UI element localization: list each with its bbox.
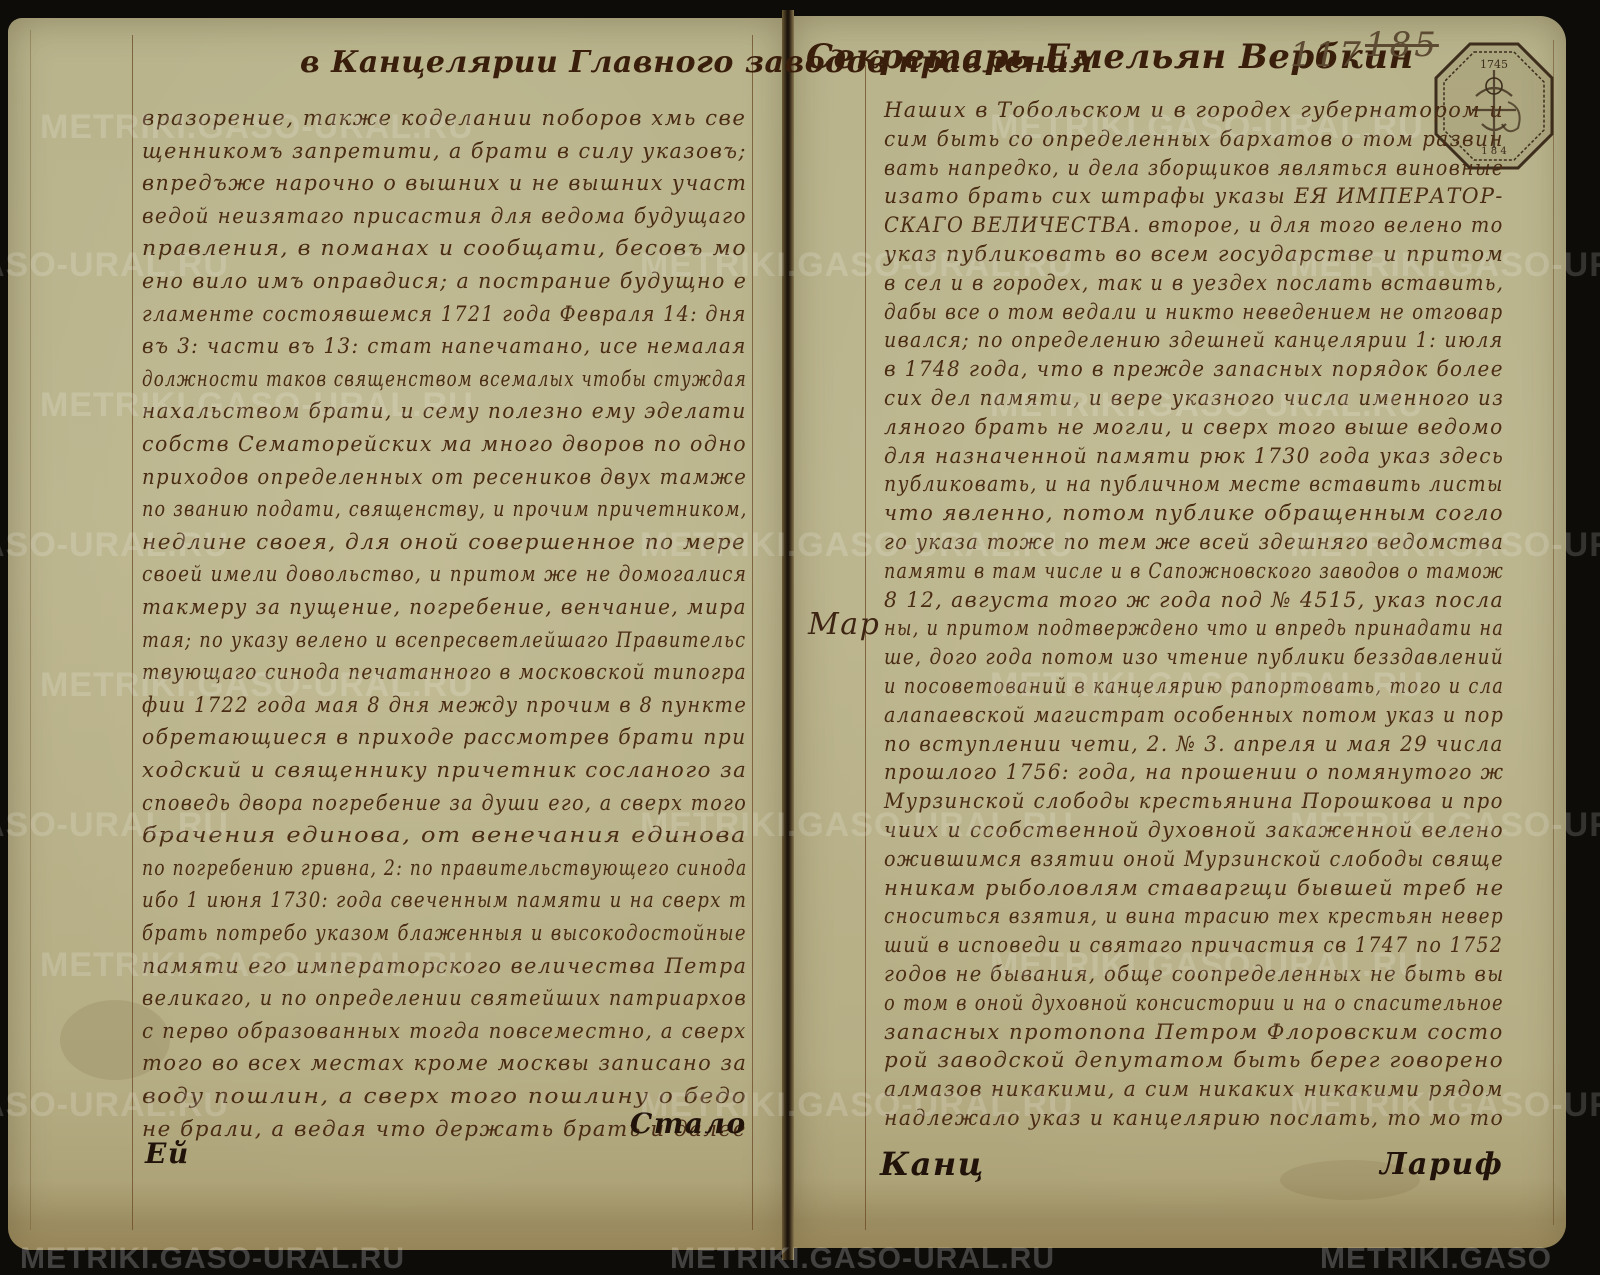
manuscript-line: годов не бывания, обще соопределенных не…: [884, 964, 1505, 985]
manuscript-line: в сел и в городех, так и в уездех послат…: [884, 273, 1504, 294]
manuscript-line: твующаго синода печатанного в московской…: [142, 662, 747, 683]
manuscript-line: чиих и ссобственной духовной закаженной …: [884, 820, 1504, 841]
margin-note: Мар: [808, 610, 880, 640]
book-spread: в Канцелярии Главного заводов правления …: [0, 0, 1600, 1275]
folio-number: 117: [1290, 38, 1364, 72]
svg-text:1745: 1745: [1480, 58, 1508, 71]
left-outer-margin-rule: [30, 30, 31, 1230]
manuscript-line: запасных протопопа Петром Флоровским сос…: [884, 1022, 1504, 1043]
manuscript-line: ибо 1 июня 1730: года свеченным памяти и…: [142, 890, 747, 911]
manuscript-line: нахальством брати, и сему полезно ему эд…: [142, 401, 747, 422]
manuscript-line: по погребению гривна, 2: по правительств…: [142, 858, 747, 879]
manuscript-line: брать потребо указом блаженныя и высокод…: [142, 923, 747, 944]
manuscript-line: вать напредко, и дела зборщиков являться…: [884, 158, 1504, 179]
manuscript-line: и посоветований в канцелярию рапортовать…: [884, 676, 1504, 697]
manuscript-line: прошлого 1756: года, на прошении о помян…: [884, 762, 1504, 783]
manuscript-line: ено вило имъ оправдися; а пострание буду…: [142, 271, 747, 292]
manuscript-line: Мурзинской слободы крестьянина Порошкова…: [884, 791, 1504, 812]
manuscript-line: такмеру за пущение, погребение, венчание…: [142, 597, 747, 618]
manuscript-line: ожившимся взятии оной Мурзинской слободы…: [884, 849, 1504, 870]
manuscript-line: СКАГО ВЕЛИЧЕСТВА. второе, и для того вел…: [884, 215, 1504, 236]
manuscript-line: ивался; по определению здешней канцеляри…: [884, 330, 1504, 351]
manuscript-line: впредъже нарочно о вышних и не вышних уч…: [142, 173, 747, 194]
manuscript-line: сноситься взятия, и вина трасию тех крес…: [884, 906, 1504, 927]
manuscript-line: нникам рыболовлям ставаргщи бывшей треб …: [884, 878, 1505, 899]
manuscript-line: о том в оной духовной консистории и на о…: [884, 993, 1504, 1014]
manuscript-line: своей имели довольство, и притом же не д…: [142, 564, 747, 585]
manuscript-line: по званию подати, священству, и прочим п…: [142, 499, 748, 520]
manuscript-line: го указа тоже по тем же всей здешняго ве…: [884, 532, 1504, 553]
manuscript-line: надлежало указ и канцелярию послать, то …: [884, 1108, 1504, 1129]
left-closing-mark: Ей: [145, 1140, 190, 1168]
manuscript-line: Наших в Тобольском и в городех губернато…: [884, 100, 1504, 121]
right-signature: Лариф: [1380, 1150, 1503, 1180]
manuscript-line: недлине своея, для оной совершенное по м…: [142, 532, 746, 553]
manuscript-line: обретающиеся в приходе рассмотрев брати …: [142, 727, 747, 748]
manuscript-line: собств Сематорейских ма много дворов по …: [142, 434, 747, 455]
manuscript-line: рой заводской депутатом быть берег говор…: [884, 1050, 1504, 1071]
manuscript-line: памяти в там числе и в Сапожновского зав…: [884, 561, 1504, 582]
manuscript-line: для назначенной памяти рюк 1730 года ука…: [884, 446, 1504, 467]
left-margin-rule: [132, 35, 133, 1230]
manuscript-line: вразорение, также коделании поборов хмь …: [142, 108, 746, 129]
folio-number-struck: 185: [1365, 28, 1439, 62]
manuscript-line: гламенте состоявшемся 1721 года Февраля …: [142, 304, 747, 325]
manuscript-line: публиковать, и на публичном месте встави…: [884, 474, 1504, 495]
manuscript-line: ведой неизятаго присастия для ведома буд…: [142, 206, 747, 227]
manuscript-line: в 1748 года, что в прежде запасных поряд…: [884, 359, 1504, 380]
manuscript-line: ходский и священнику причетник сосланого…: [142, 760, 747, 781]
right-margin-rule: [865, 65, 866, 1230]
manuscript-line: сих дел памяти, и вере указного числа им…: [884, 388, 1504, 409]
right-outer-margin-rule: [1553, 40, 1554, 1225]
manuscript-line: правления, в поманах и сообщати, бесовъ …: [142, 238, 747, 259]
manuscript-line: щенникомъ запретити, а брати в силу указ…: [142, 141, 747, 162]
manuscript-line: алапаевской магистрат особенных потом ук…: [884, 705, 1504, 726]
manuscript-line: что явленно, потом публике обращенным со…: [884, 503, 1504, 524]
manuscript-line: памяти его императорского величества Пет…: [142, 956, 747, 977]
manuscript-line: ший в исповеди и святаго причастия св 17…: [884, 935, 1503, 956]
manuscript-line: ляного брать не могли, и сверх того выше…: [884, 417, 1504, 438]
manuscript-line: алмазов никакими, а сим никаких никакими…: [884, 1079, 1504, 1100]
manuscript-line: споведь двора погребение за души его, а …: [142, 793, 747, 814]
manuscript-line: сим быть со определенных бархатов о том …: [884, 129, 1504, 150]
manuscript-line: воду пошлин, а сверх того пошлину о бедо: [142, 1086, 747, 1107]
manuscript-line: ше, дого года потом изо чтение публики б…: [884, 647, 1504, 668]
left-signature-mark: Стало: [630, 1110, 747, 1138]
manuscript-line: великаго, и по определении святейших пат…: [142, 988, 747, 1009]
manuscript-line: изато брать сих штрафы указы ЕЯ ИМПЕРАТО…: [884, 186, 1504, 207]
manuscript-line: 8 12, августа того ж года под № 4515, ук…: [884, 590, 1504, 611]
manuscript-line: въ 3: части въ 13: стат напечатано, исе …: [142, 336, 747, 357]
right-closing-mark: Канц: [880, 1148, 985, 1180]
manuscript-line: тая; по указу велено и всепресветлейшаго…: [142, 630, 746, 651]
book-spine: [782, 10, 794, 1260]
manuscript-line: должности таков священством всемалых что…: [142, 369, 747, 390]
manuscript-line: того во всех местах кроме москвы записан…: [142, 1053, 747, 1074]
manuscript-line: приходов определенных от ресеников двух …: [142, 467, 747, 488]
manuscript-line: ны, и притом подтверждено что и впредь п…: [884, 618, 1504, 639]
manuscript-line: фии 1722 года мая 8 дня между прочим в 8…: [142, 695, 747, 716]
left-inner-margin-rule: [752, 35, 753, 1230]
manuscript-line: по вступлении чети, 2. № 3. апреля и мая…: [884, 734, 1504, 755]
manuscript-line: с перво образованных тогда повсеместно, …: [142, 1021, 747, 1042]
manuscript-line: брачения единова, от венечания единова: [142, 825, 747, 846]
manuscript-line: указ публиковать во всем государстве и п…: [884, 244, 1504, 265]
manuscript-line: дабы все о том ведали и никто неведением…: [884, 302, 1504, 323]
